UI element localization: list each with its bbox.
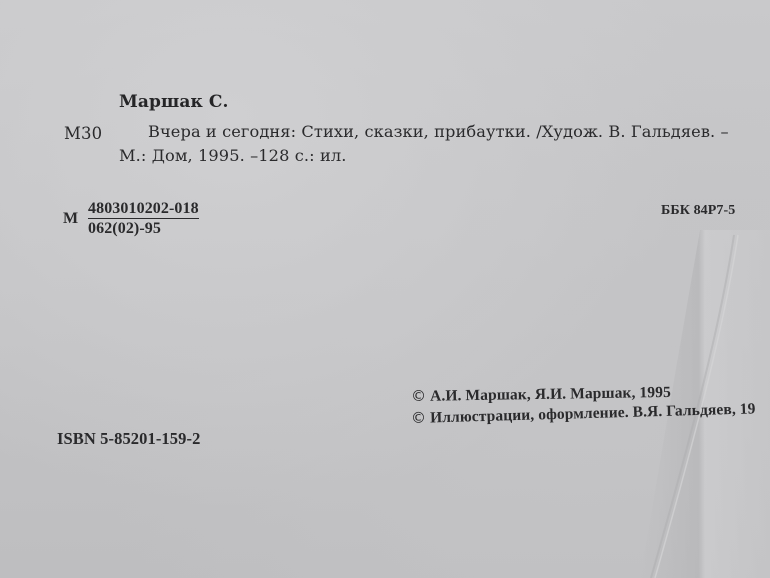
title-description: Вчера и сегодня: Стихи, сказки, прибаутк…: [148, 122, 729, 141]
index-numerator: 4803010202-018: [88, 200, 199, 219]
index-prefix: М: [63, 210, 78, 228]
copyright-icon: ©: [411, 409, 427, 427]
page-edge-shadow: [0, 0, 770, 578]
isbn-number: ISBN 5-85201-159-2: [57, 429, 200, 449]
book-page: Маршак С. М30 Вчера и сегодня: Стихи, ск…: [0, 0, 770, 578]
author-name: Маршак С.: [119, 92, 229, 112]
index-denominator: 062(02)-95: [88, 220, 161, 238]
publisher-imprint: М.: Дом, 1995. –128 с.: ил.: [119, 146, 346, 165]
copyright-icon: ©: [411, 387, 426, 405]
copyright-text: А.И. Маршак, Я.И. Маршак, 1995: [430, 384, 671, 405]
bbk-classification: ББК 84Р7-5: [661, 203, 735, 219]
catalog-code: М30: [64, 124, 102, 143]
